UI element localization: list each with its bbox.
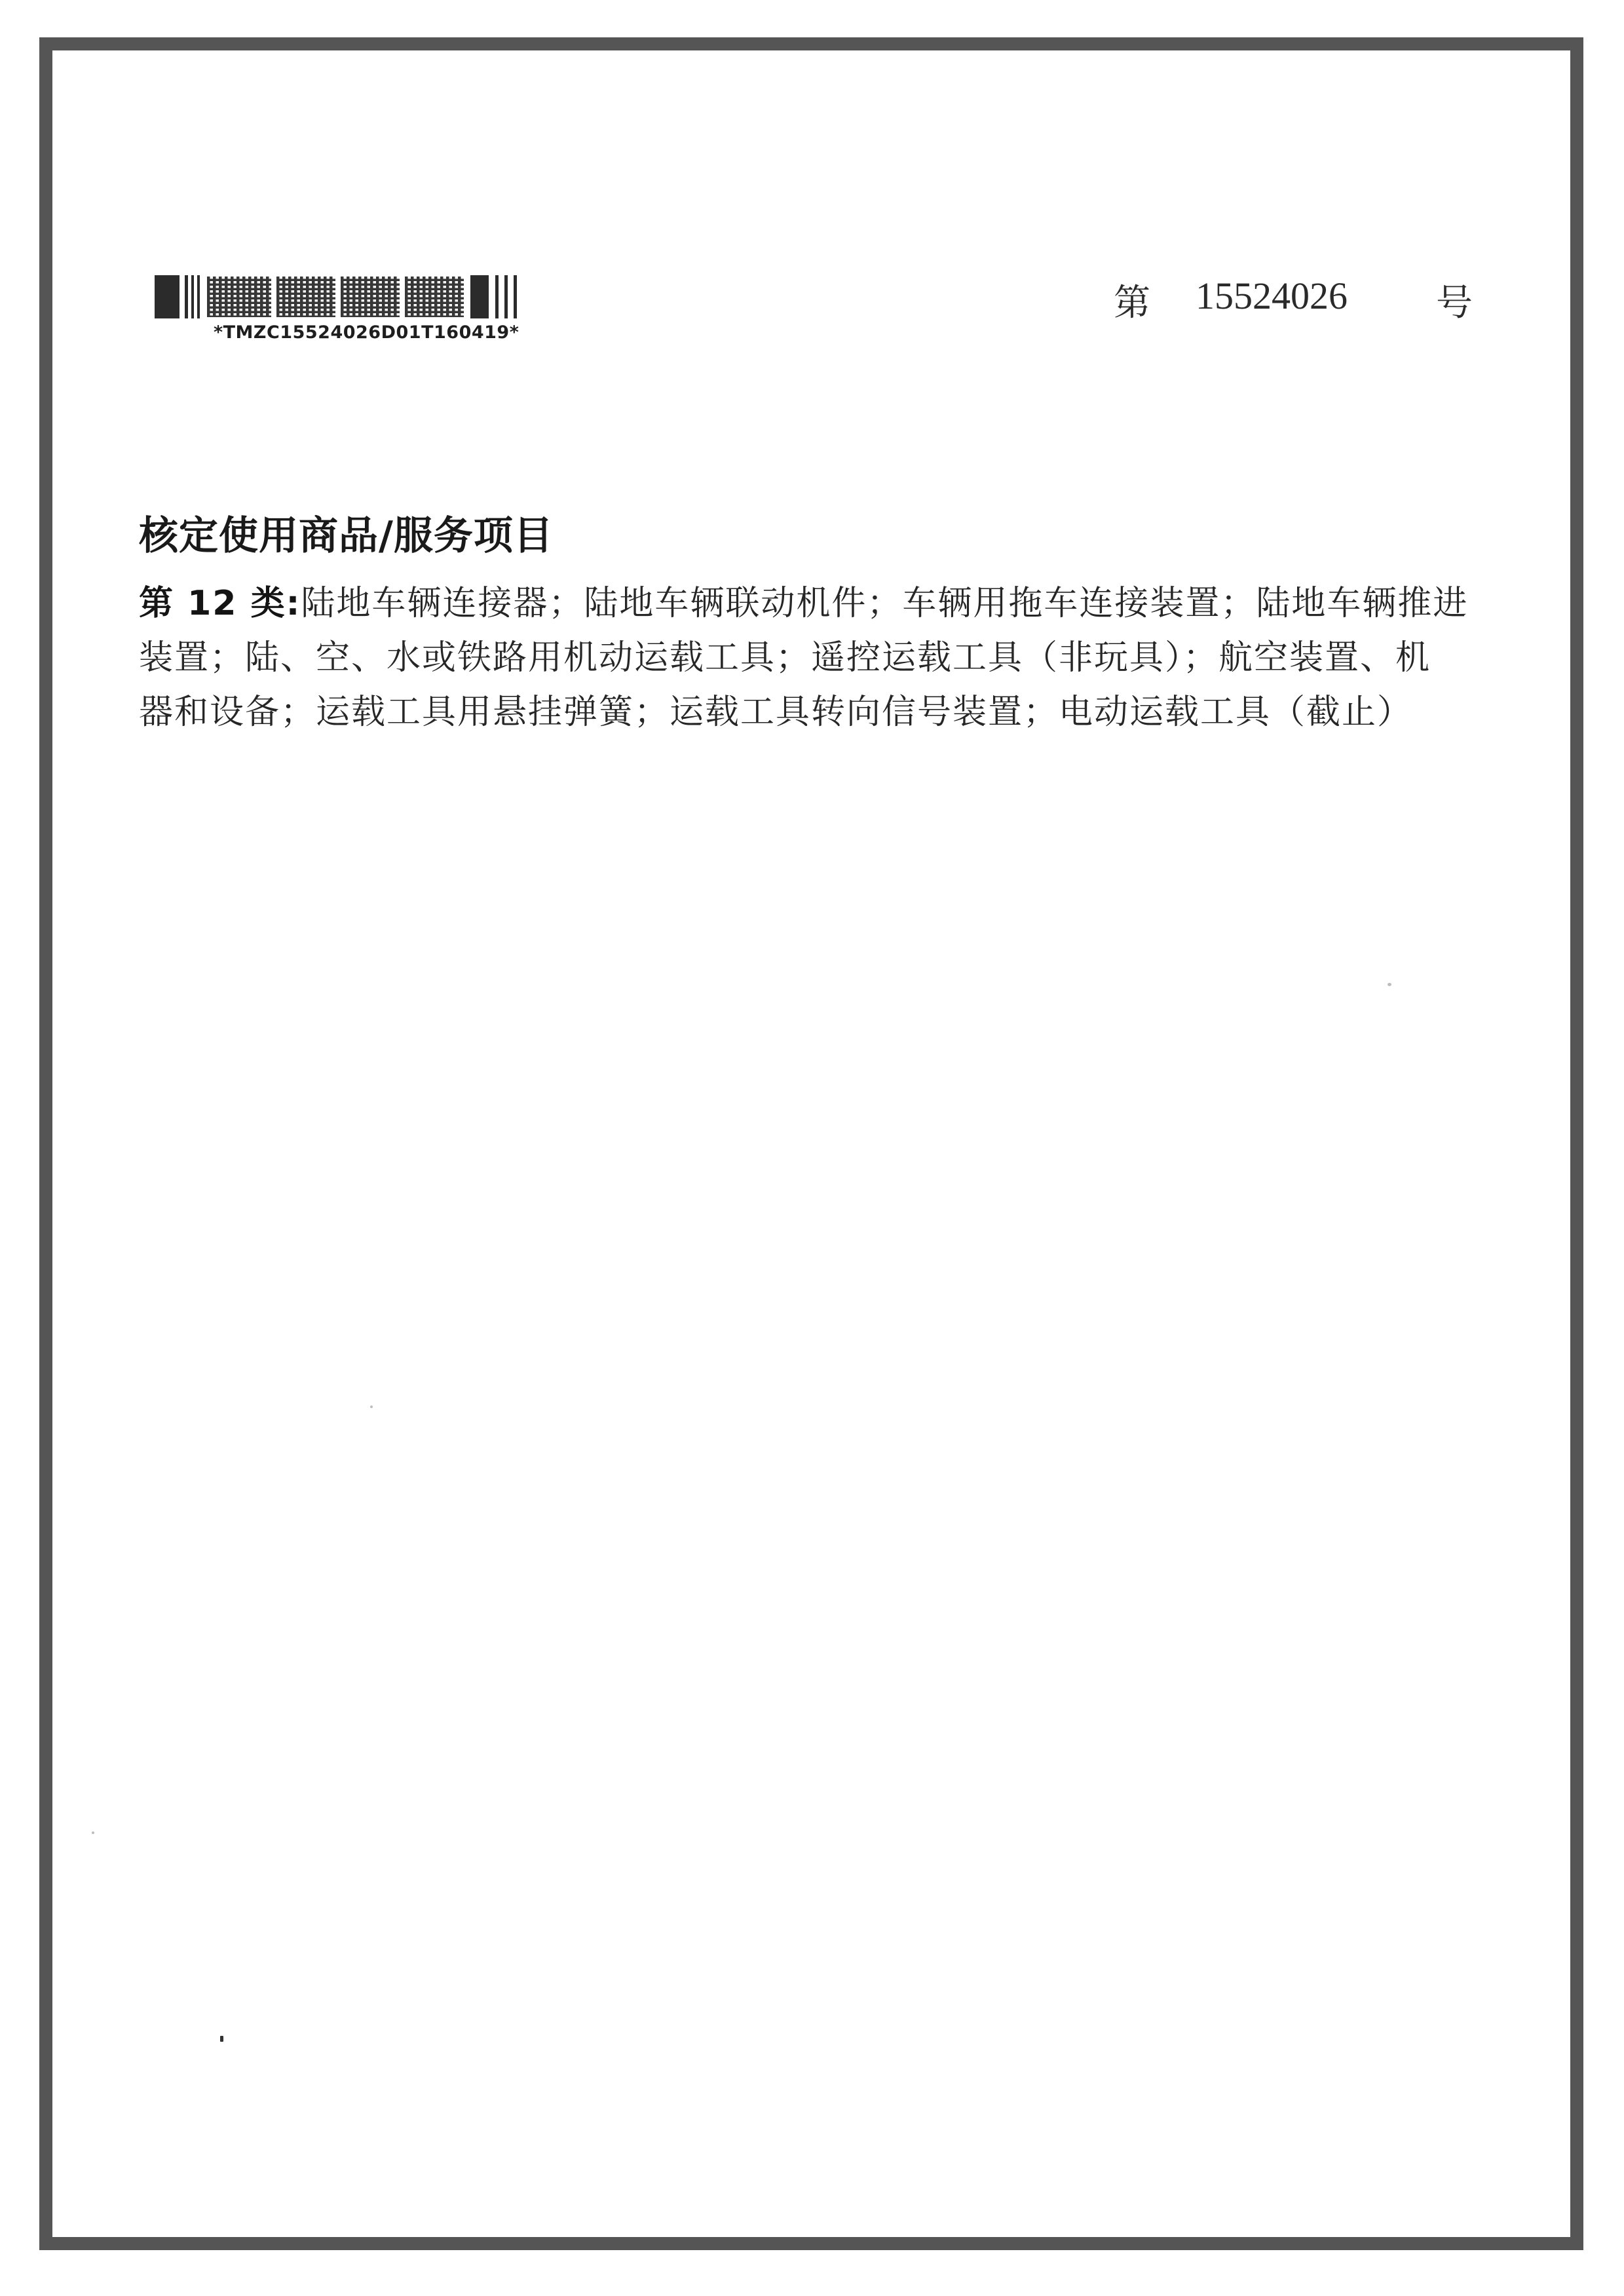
goods-line: 第 12 类:陆地车辆连接器；陆地车辆联动机件；车辆用拖车连接装置；陆地车辆推进 (139, 577, 1488, 631)
registration-number: 第 15524026 号 (1114, 274, 1481, 320)
registration-suffix: 号 (1436, 274, 1473, 326)
scan-speck (1388, 983, 1391, 986)
goods-line: 器和设备；运载工具用悬挂弹簧；运载工具转向信号装置；电动运载工具（截止） (139, 685, 1488, 740)
barcode-block: *TMZC15524026D01T160419* (155, 275, 548, 318)
goods-line-text: 陆地车辆连接器；陆地车辆联动机件；车辆用拖车连接装置；陆地车辆推进 (301, 584, 1468, 623)
barcode-caption: *TMZC15524026D01T160419* (214, 322, 519, 343)
registration-value: 15524026 (1196, 274, 1348, 318)
registration-prefix: 第 (1114, 274, 1150, 326)
page-title: 核定使用商品/服务项目 (139, 505, 554, 561)
scan-speck (92, 1831, 94, 1834)
class-label: 第 12 类: (139, 584, 301, 623)
barcode-icon (155, 275, 548, 318)
goods-list: 第 12 类:陆地车辆连接器；陆地车辆联动机件；车辆用拖车连接装置；陆地车辆推进… (139, 577, 1488, 740)
scan-speck (370, 1406, 373, 1408)
scan-speck (220, 2036, 223, 2042)
goods-line: 装置；陆、空、水或铁路用机动运载工具；遥控运载工具（非玩具）；航空装置、机 (139, 631, 1488, 685)
page-border-frame (39, 37, 1583, 2250)
